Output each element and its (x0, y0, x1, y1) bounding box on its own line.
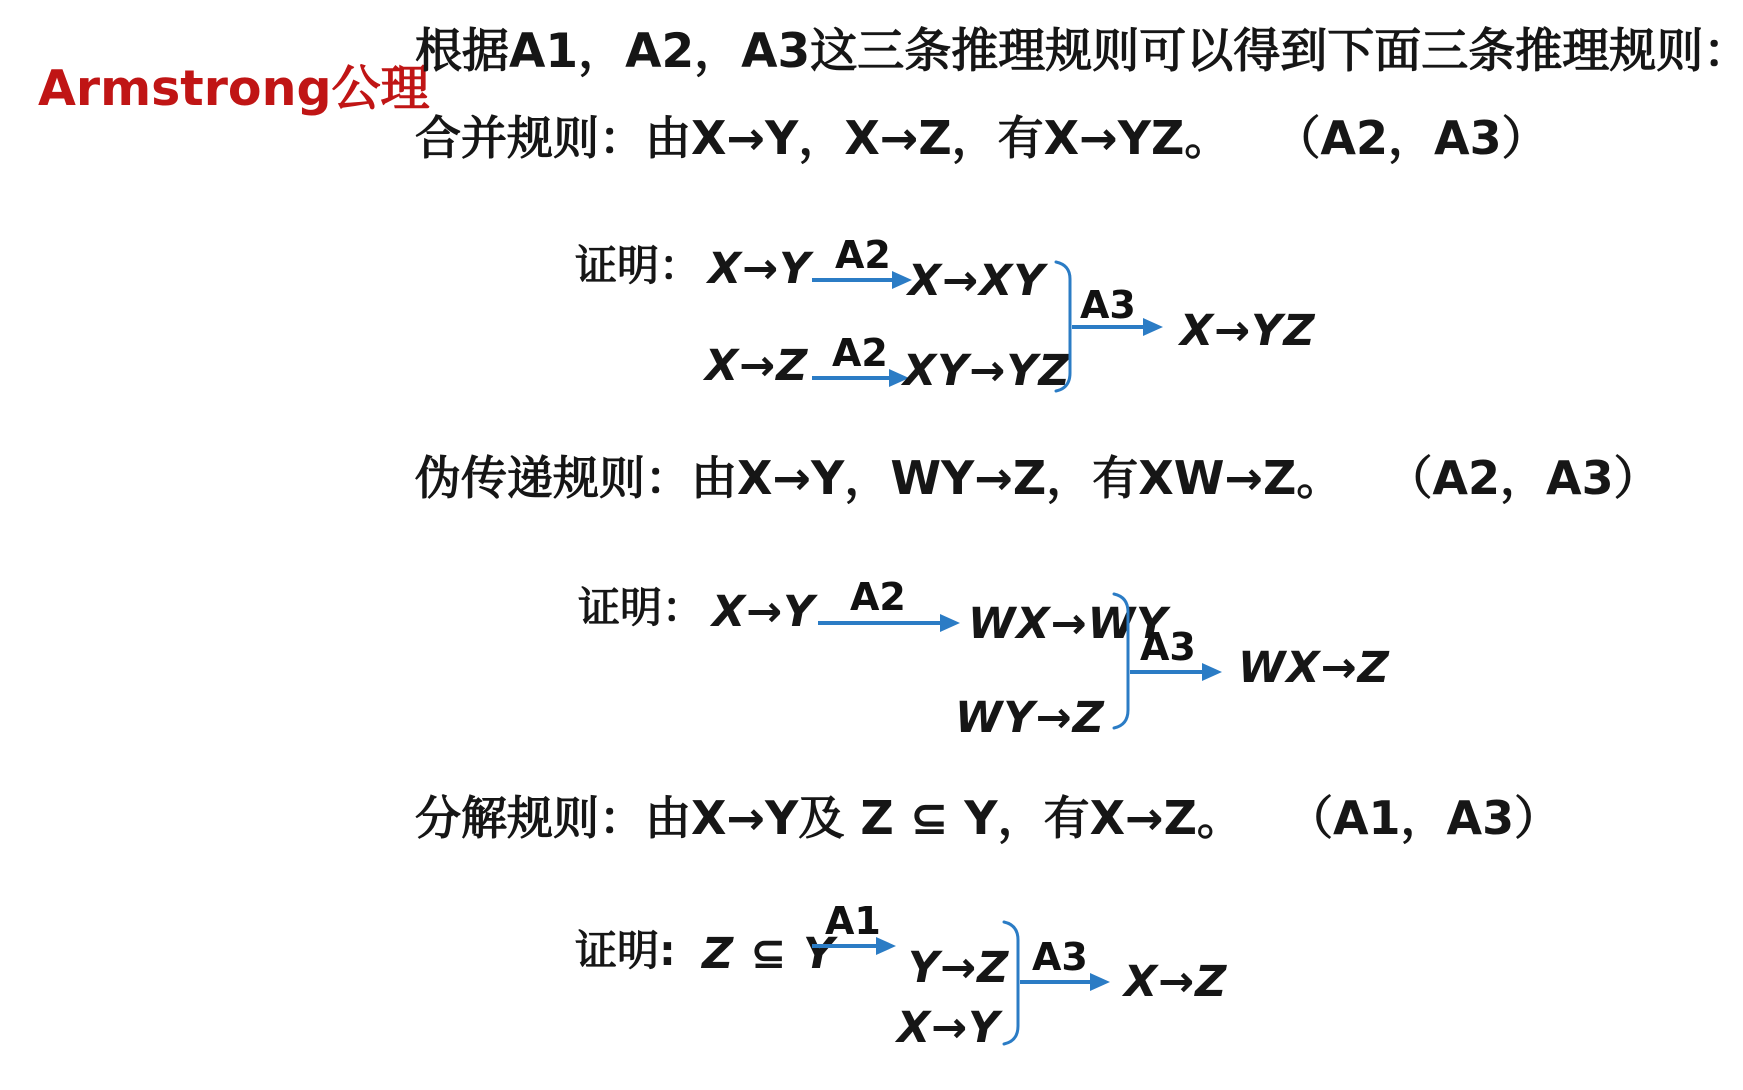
conclusion: X→Z (1121, 957, 1227, 1007)
premise-2: X→Z (702, 341, 808, 391)
proof-diagram-union: 证明： X→Y A2 X→XY X→Z A2 XY→YZ A3 X→YZ (540, 205, 1380, 405)
rule-label-a1: A1 (825, 899, 881, 943)
rule-label-a3: A3 (1140, 625, 1196, 669)
page-title: Armstrong公理 (38, 50, 430, 120)
rule-pseudotransitivity-name: 伪传递规则： (415, 442, 691, 508)
rule-pseudotransitivity-statement: 由X→Y，WY→Z，有XW→Z。 (691, 442, 1342, 508)
proof-label: 证明： (575, 241, 701, 290)
rule-label-a2-1: A2 (835, 233, 891, 277)
rule-decomposition-statement: 由X→Y及 Z ⊆ Y，有X→Z。 (645, 782, 1243, 848)
conclusion: X→YZ (1177, 306, 1316, 356)
rule-decomposition: 分解规则：由X→Y及 Z ⊆ Y，有X→Z。 （A1，A3） (415, 782, 1560, 848)
rule-union: 合并规则：由X→Y，X→Z，有X→YZ。 （A2，A3） (415, 102, 1548, 168)
rule-label-a3: A3 (1032, 935, 1088, 979)
rule-union-name: 合并规则： (415, 102, 645, 168)
premise-1: Z ⊆ Y (700, 929, 838, 979)
premise-2: X→Y (894, 1003, 1003, 1053)
derived-1: Y→Z (908, 943, 1009, 993)
derived-2: XY→YZ (900, 346, 1071, 396)
proof-diagram-pseudotransitivity: 证明： X→Y A2 WX→WY WY→Z A3 WX→Z (540, 550, 1460, 750)
intro-text: 根据A1，A2，A3这三条推理规则可以得到下面三条推理规则： (415, 14, 1743, 81)
premise-1: X→Y (709, 587, 818, 637)
rule-label-a2: A2 (850, 575, 906, 619)
proof-label: 证明: (575, 926, 676, 975)
rule-decomposition-name: 分解规则： (415, 782, 645, 848)
rule-pseudotransitivity-basis: （A2，A3） (1386, 442, 1659, 508)
derived-1: X→XY (905, 256, 1048, 306)
premise-1: X→Y (705, 244, 814, 294)
rule-decomposition-basis: （A1，A3） (1287, 782, 1560, 848)
slide: Armstrong公理 根据A1，A2，A3这三条推理规则可以得到下面三条推理规… (0, 0, 1743, 1090)
proof-label: 证明： (578, 583, 704, 632)
conclusion: WX→Z (1238, 643, 1390, 693)
rule-union-statement: 由X→Y，X→Z，有X→YZ。 (645, 102, 1230, 168)
rule-label-a3: A3 (1080, 283, 1136, 327)
premise-2: WY→Z (955, 693, 1105, 743)
rule-union-basis: （A2，A3） (1274, 102, 1547, 168)
rule-label-a2-2: A2 (832, 331, 888, 375)
proof-diagram-decomposition: 证明: Z ⊆ Y A1 Y→Z X→Y A3 X→Z (540, 880, 1350, 1075)
rule-pseudotransitivity: 伪传递规则：由X→Y，WY→Z，有XW→Z。 （A2，A3） (415, 442, 1660, 508)
